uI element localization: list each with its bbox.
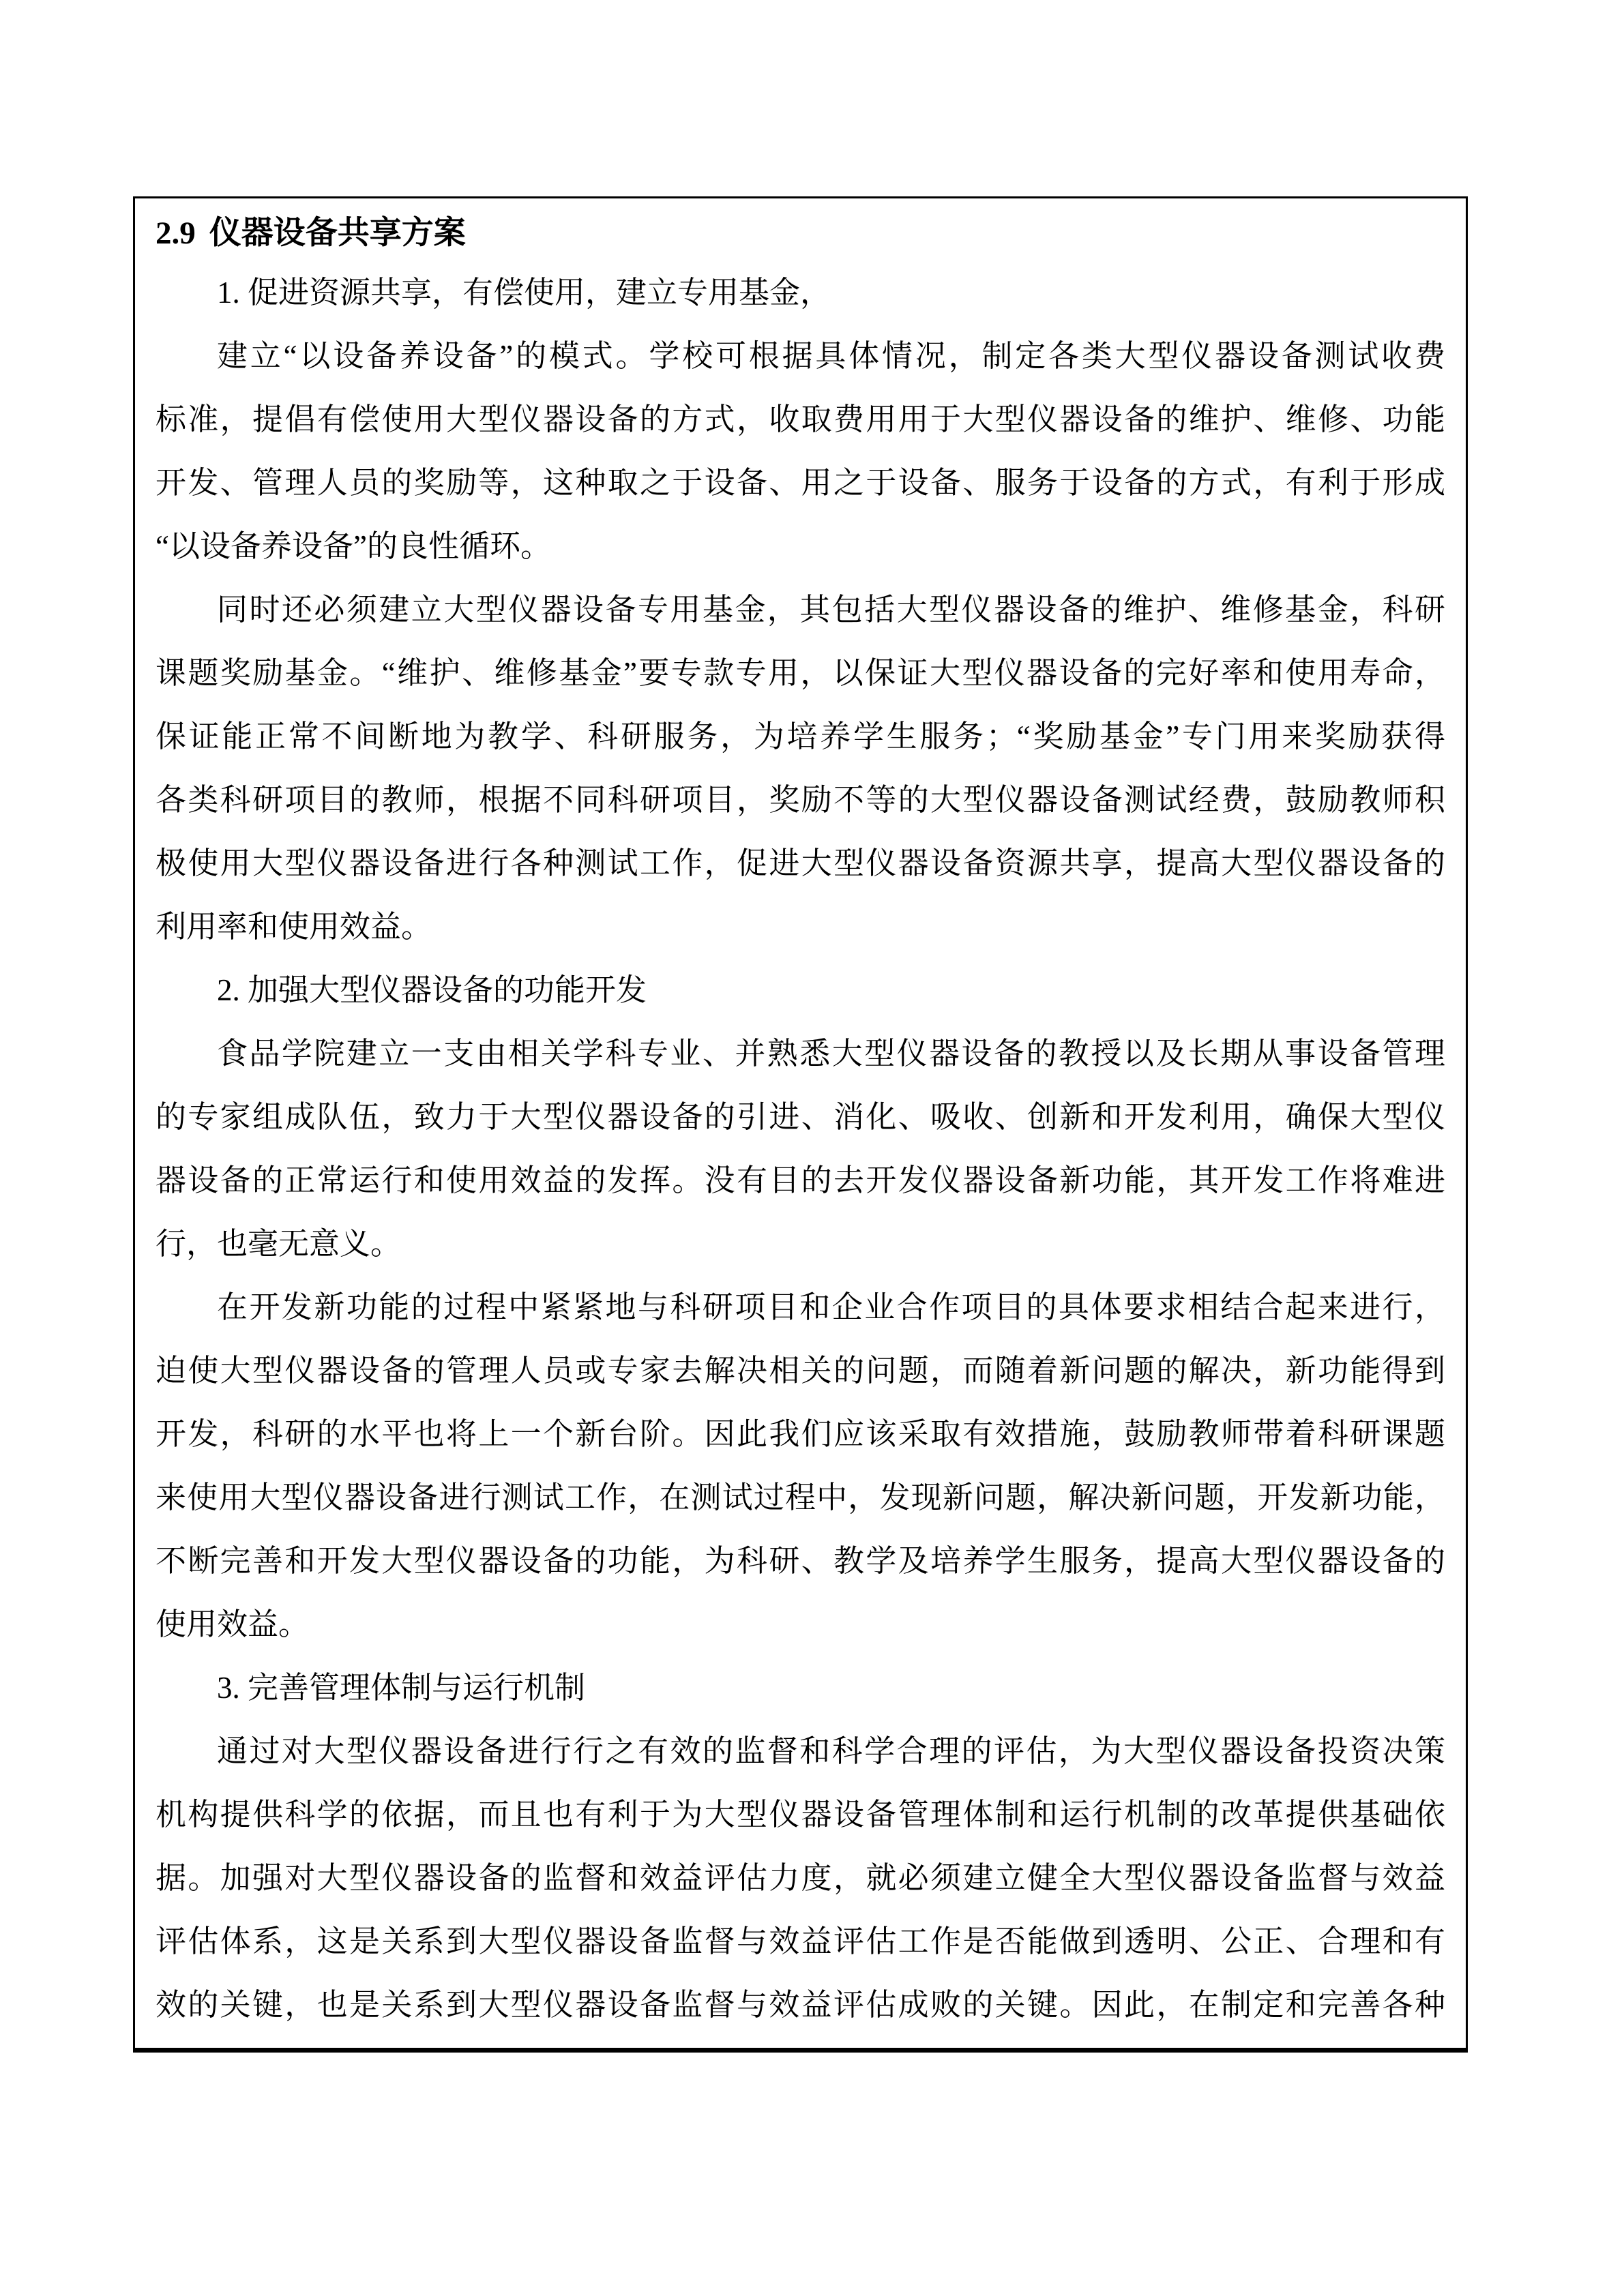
text-line: 行，也毫无意义。 (156, 1212, 1445, 1276)
text-line: 据。加强对大型仪器设备的监督和效益评估力度，就必须建立健全大型仪器设备监督与效益 (156, 1847, 1445, 1910)
text-line: 课题奖励基金。“维护、维修基金”要专款专用，以保证大型仪器设备的完好率和使用寿命… (156, 642, 1445, 705)
text-line: 效的关键，也是关系到大型仪器设备监督与效益评估成败的关键。因此，在制定和完善各种 (156, 1973, 1445, 2037)
text-line: 来使用大型仪器设备进行测试工作，在测试过程中，发现新问题，解决新问题，开发新功能… (156, 1466, 1445, 1530)
text-line: 开发、管理人员的奖励等，这种取之于设备、用之于设备、服务于设备的方式，有利于形成 (156, 451, 1445, 515)
text-line: 不断完善和开发大型仪器设备的功能，为科研、教学及培养学生服务，提高大型仪器设备的 (156, 1530, 1445, 1593)
text-line: 各类科研项目的教师，根据不同科研项目，奖励不等的大型仪器设备测试经费，鼓励教师积 (156, 769, 1445, 832)
text-line: 机构提供科学的依据，而且也有利于为大型仪器设备管理体制和运行机制的改革提供基础依 (156, 1783, 1445, 1847)
text-line: “以设备养设备”的良性循环。 (156, 515, 1445, 578)
document-page: { "page": { "background_color": "#ffffff… (0, 0, 1624, 2296)
text-line: 器设备的正常运行和使用效益的发挥。没有目的去开发仪器设备新功能，其开发工作将难进 (156, 1149, 1445, 1212)
text-line: 在开发新功能的过程中紧紧地与科研项目和企业合作项目的具体要求相结合起来进行， (156, 1276, 1445, 1339)
section-title: 仪器设备共享方案 (209, 215, 466, 251)
text-line: 的专家组成队伍，致力于大型仪器设备的引进、消化、吸收、创新和开发利用，确保大型仪 (156, 1086, 1445, 1149)
section-body: 1. 促进资源共享，有偿使用，建立专用基金，建立“以设备养设备”的模式。学校可根… (156, 261, 1445, 2037)
text-line: 保证能正常不间断地为教学、科研服务，为培养学生服务；“奖励基金”专门用来奖励获得 (156, 705, 1445, 769)
text-line: 2. 加强大型仪器设备的功能开发 (156, 959, 1445, 1022)
text-line: 极使用大型仪器设备进行各种测试工作，促进大型仪器设备资源共享，提高大型仪器设备的 (156, 832, 1445, 895)
text-line: 建立“以设备养设备”的模式。学校可根据具体情况，制定各类大型仪器设备测试收费 (156, 325, 1445, 388)
text-line: 同时还必须建立大型仪器设备专用基金，其包括大型仪器设备的维护、维修基金，科研 (156, 578, 1445, 642)
text-line: 3. 完善管理体制与运行机制 (156, 1656, 1445, 1720)
text-line: 使用效益。 (156, 1593, 1445, 1656)
text-line: 通过对大型仪器设备进行行之有效的监督和科学合理的评估，为大型仪器设备投资决策 (156, 1720, 1445, 1783)
text-line: 评估体系，这是关系到大型仪器设备监督与效益评估工作是否能做到透明、公正、合理和有 (156, 1910, 1445, 1973)
section-content: 2.9仪器设备共享方案 1. 促进资源共享，有偿使用，建立专用基金，建立“以设备… (135, 198, 1466, 2037)
text-line: 利用率和使用效益。 (156, 895, 1445, 959)
text-line: 1. 促进资源共享，有偿使用，建立专用基金， (156, 261, 1445, 325)
text-line: 开发，科研的水平也将上一个新台阶。因此我们应该采取有效措施，鼓励教师带着科研课题 (156, 1403, 1445, 1466)
text-line: 标准，提倡有偿使用大型仪器设备的方式，收取费用用于大型仪器设备的维护、维修、功能 (156, 388, 1445, 451)
text-line: 食品学院建立一支由相关学科专业、并熟悉大型仪器设备的教授以及长期从事设备管理 (156, 1022, 1445, 1086)
text-line: 迫使大型仪器设备的管理人员或专家去解决相关的问题，而随着新问题的解决，新功能得到 (156, 1339, 1445, 1403)
section-2-9-box: 2.9仪器设备共享方案 1. 促进资源共享，有偿使用，建立专用基金，建立“以设备… (133, 196, 1468, 2053)
section-heading: 2.9仪器设备共享方案 (156, 205, 1445, 261)
section-number: 2.9 (156, 215, 196, 251)
